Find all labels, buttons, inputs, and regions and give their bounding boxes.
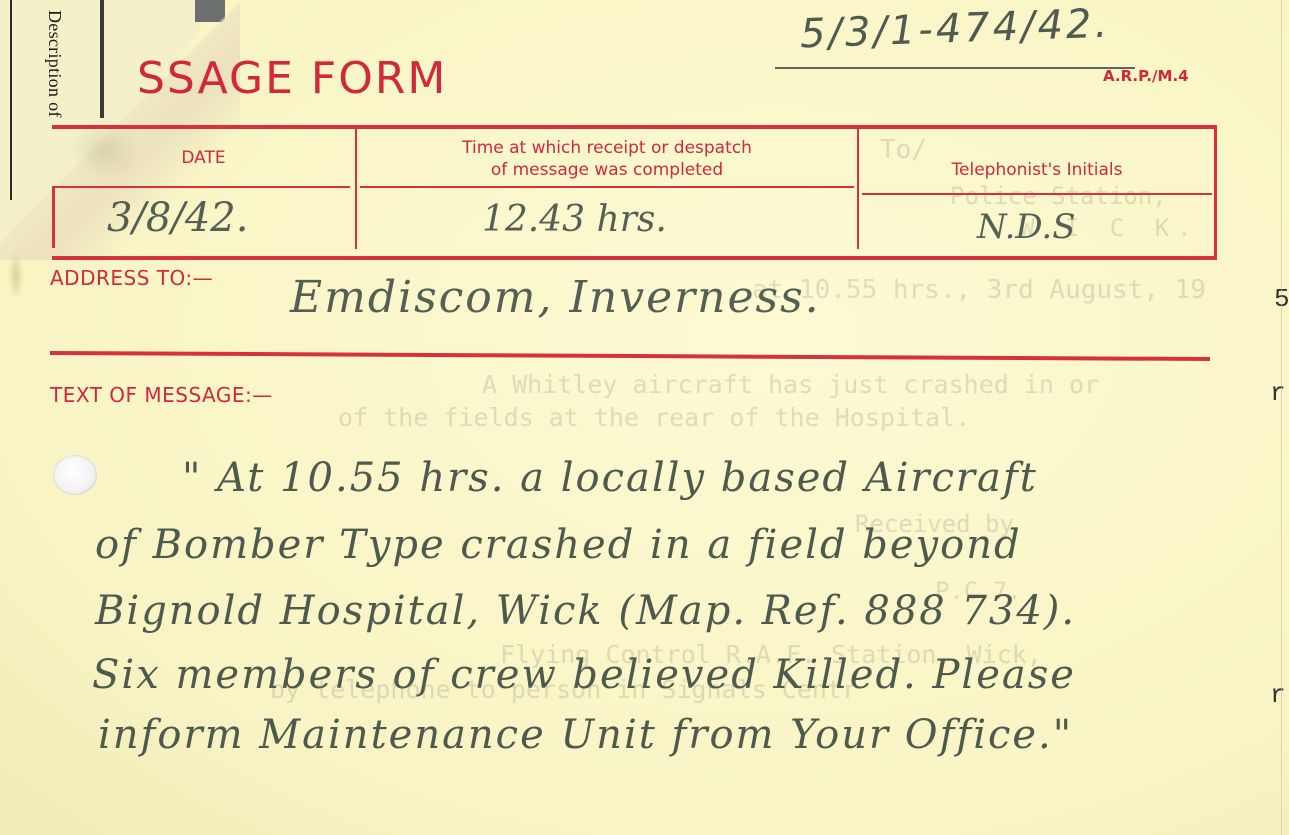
date-header: DATE [52, 147, 355, 169]
form-code: A.R.P./M.4 [1103, 67, 1189, 85]
message-label: TEXT OF MESSAGE:— [50, 383, 273, 407]
edge-character: r [1270, 680, 1286, 710]
paper-stain [8, 250, 24, 300]
column-divider [857, 129, 859, 249]
address-label: ADDRESS TO:— [50, 266, 213, 290]
time-header-line1: Time at which receipt or despatch [357, 137, 857, 159]
underlying-page-shadow [195, 0, 225, 22]
message-line: inform Maintenance Unit from Your Office… [98, 712, 1073, 758]
address-value: Emdiscom, Inverness. [290, 272, 821, 323]
paper-edge [1281, 0, 1282, 835]
table-border [52, 186, 55, 248]
message-line: " At 10.55 hrs. a locally based Aircraft [182, 455, 1038, 501]
form-title: SSAGE FORM [137, 53, 447, 104]
reference-underline [775, 67, 1135, 69]
header-rule [52, 186, 350, 188]
edge-character: r [1270, 378, 1286, 408]
message-line: of Bomber Type crashed in a field beyond [95, 522, 1022, 568]
date-value: 3/8/42. [107, 195, 248, 241]
time-header-line2: of message was completed [357, 159, 857, 181]
underlying-page-rule [10, 0, 12, 200]
message-line: Bignold Hospital, Wick (Map. Ref. 888 73… [95, 588, 1076, 634]
ghost-text: of the fields at the rear of the Hospita… [338, 403, 970, 432]
underlying-page-label: Description of [44, 10, 65, 118]
punch-hole [53, 455, 97, 495]
ghost-text: A Whitley aircraft has just crashed in o… [482, 370, 1099, 399]
time-value: 12.43 hrs. [482, 199, 667, 240]
initials-header: Telephonist's Initials [862, 159, 1212, 181]
initials-value: N.D.S [977, 207, 1076, 247]
message-line: Six members of crew believed Killed. Ple… [92, 652, 1076, 698]
header-rule [862, 193, 1212, 195]
header-table: DATE Time at which receipt or despatch o… [52, 125, 1217, 260]
underlying-page-rule [100, 0, 104, 118]
header-rule [360, 186, 854, 188]
